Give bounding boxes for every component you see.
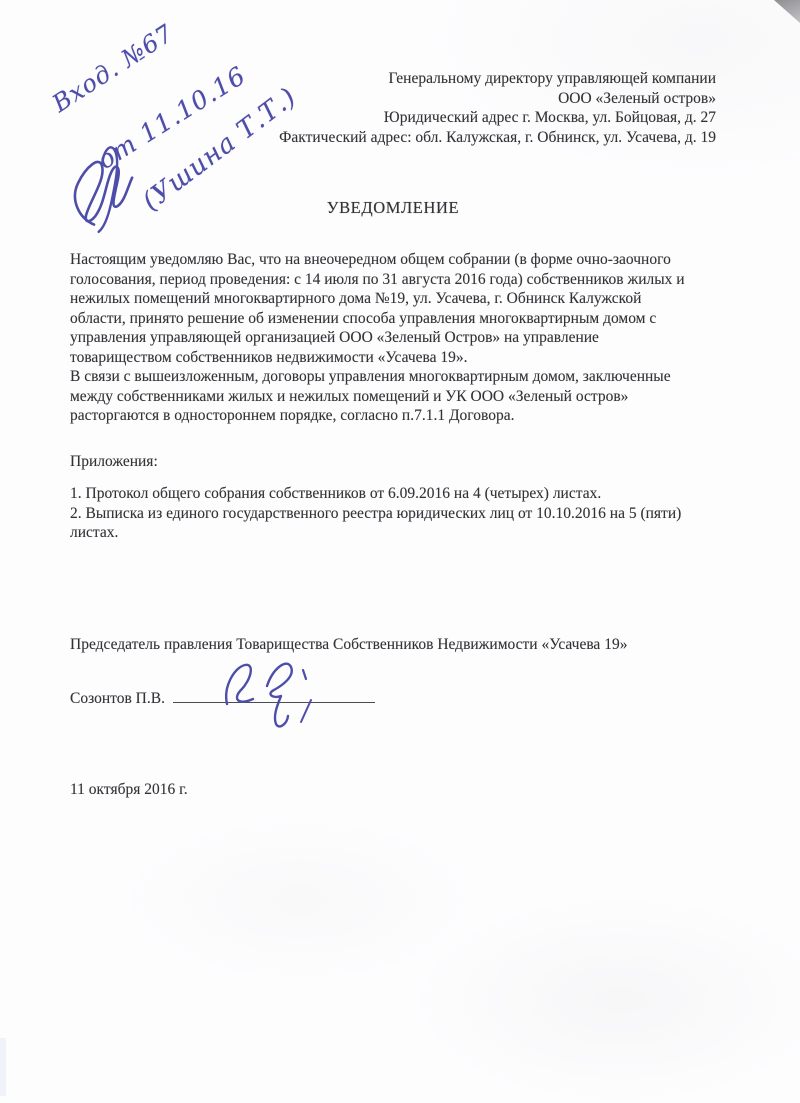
signer-name: Созонтов П.В. [70, 690, 165, 707]
scanned-letter-page: Вход. №67 от 11.10.16 (Ушина Т.Т.) Генер… [0, 0, 800, 1103]
document-date: 11 октября 2016 г. [70, 780, 188, 800]
recipient-address-block: Генеральному директору управляющей компа… [279, 69, 716, 147]
document-title: УВЕДОМЛЕНИЕ [0, 198, 786, 218]
scan-corner-artifact [774, 0, 800, 23]
chairman-signature [211, 656, 343, 728]
attachments-heading: Приложения: [70, 452, 158, 472]
body-paragraphs: Настоящим уведомляю Вас, что на внеочере… [70, 250, 770, 426]
scan-edge-artifact [0, 1038, 6, 1096]
signer-position-line: Председатель правления Товарищества Собс… [70, 635, 770, 655]
signature-underline [173, 688, 375, 703]
registrar-signature [48, 127, 177, 240]
attachments-list: 1. Протокол общего собрания собственнико… [70, 484, 770, 543]
stamp-entry-number: Вход. №67 [47, 19, 178, 118]
signature-row: Созонтов П.В. [70, 688, 375, 709]
